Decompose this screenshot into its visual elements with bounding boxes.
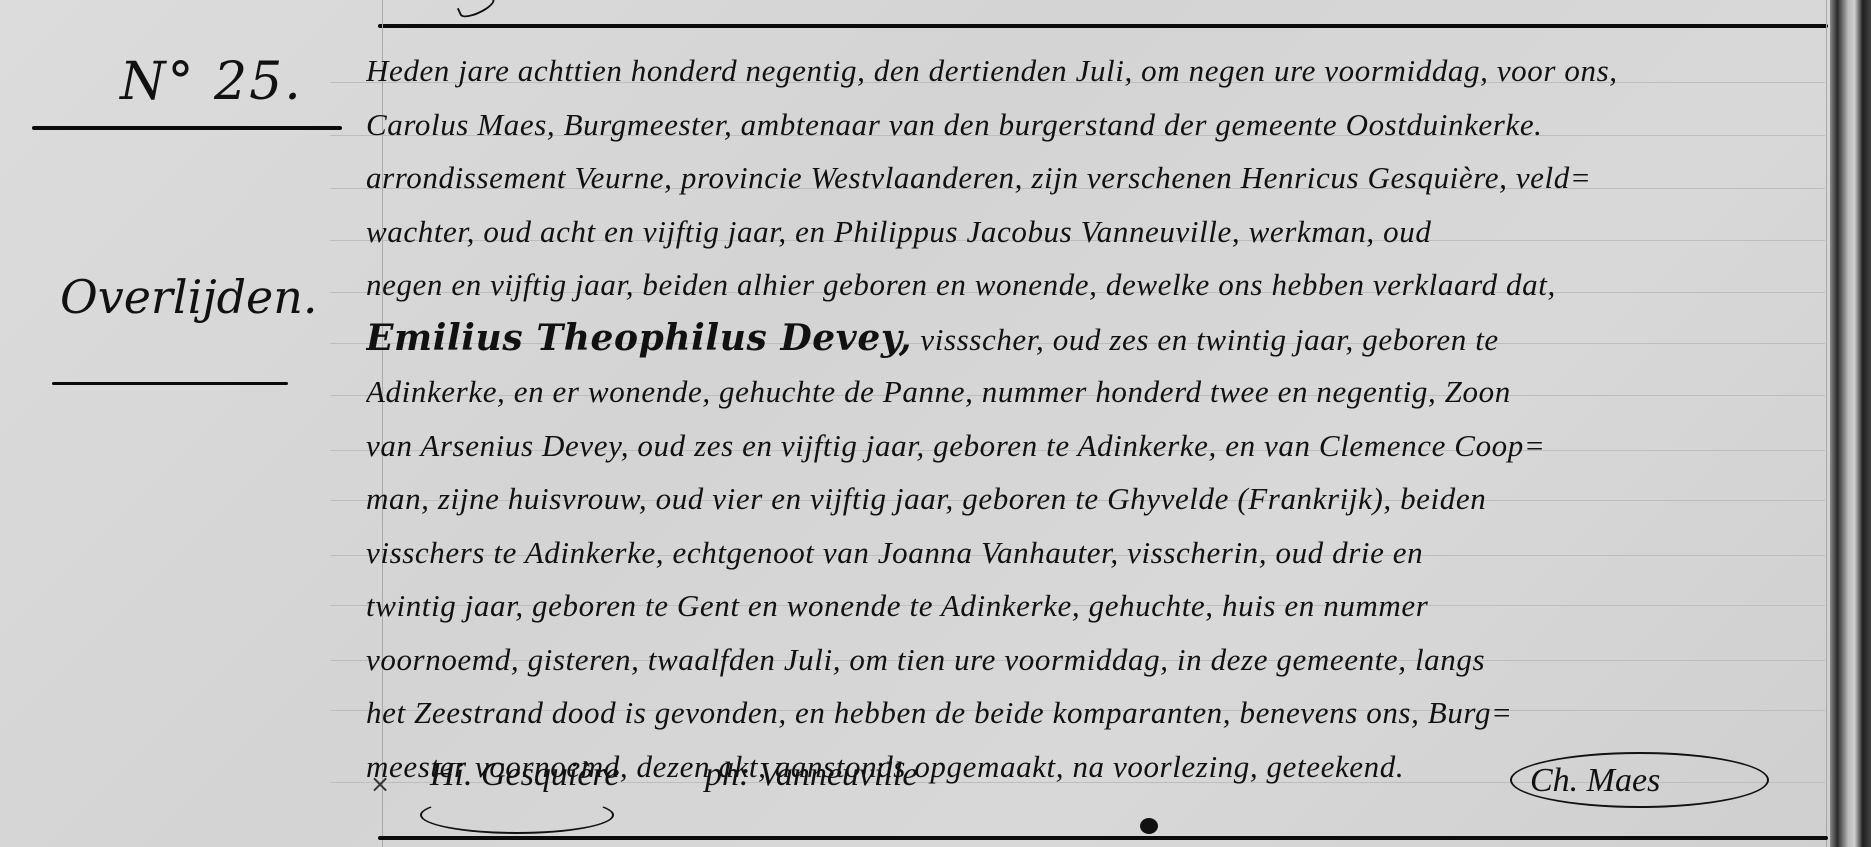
entry-number: N° 25.	[120, 52, 303, 112]
signature-witness-2: ph: Vanneuville	[705, 756, 917, 794]
ink-blot	[1140, 818, 1158, 834]
register-page: N° 25. Overlijden. Heden jare achttien h…	[0, 0, 1830, 847]
text-line: het Zeestrand dood is gevonden, en hebbe…	[366, 686, 1818, 740]
right-column-rule	[1826, 0, 1827, 847]
mark-cross: ×	[370, 770, 390, 798]
text-line: wachter, oud acht en vijftig jaar, en Ph…	[366, 205, 1818, 259]
book-binding-edge	[1830, 0, 1871, 847]
signature-official: Ch. Maes	[1530, 762, 1660, 800]
text-line: voornoemd, gisteren, twaalfden Juli, om …	[366, 633, 1818, 687]
text-line: Heden jare achttien honderd negentig, de…	[366, 44, 1818, 98]
previous-entry-flourish	[457, 0, 497, 21]
entry-type-underline	[52, 382, 288, 385]
entry-type-heading: Overlijden.	[60, 270, 318, 324]
entry-number-underline	[32, 126, 342, 130]
text-line: Adinkerke, en er wonende, gehuchte de Pa…	[366, 365, 1818, 419]
text-line: man, zijne huisvrouw, oud vier en vijfti…	[366, 472, 1818, 526]
text-line: twintig jaar, geboren te Gent en wonende…	[366, 579, 1818, 633]
text-line: van Arsenius Devey, oud zes en vijftig j…	[366, 419, 1818, 473]
entry-body: Heden jare achttien honderd negentig, de…	[366, 44, 1818, 793]
signature-flourish	[420, 796, 614, 834]
entry-top-rule	[378, 24, 1828, 28]
deceased-line: Emilius Theophilus Devey, vissscher, oud…	[366, 312, 1818, 366]
text-line: arrondissement Veurne, provincie Westvla…	[366, 151, 1818, 205]
deceased-details: vissscher, oud zes en twintig jaar, gebo…	[920, 322, 1498, 357]
text-line: visschers te Adinkerke, echtgenoot van J…	[366, 526, 1818, 580]
text-line: Carolus Maes, Burgmeester, ambtenaar van…	[366, 98, 1818, 152]
signature-block: × Hi. Gesquière ph: Vanneuville Ch. Maes	[360, 748, 1820, 828]
entry-bottom-rule	[378, 836, 1828, 840]
deceased-name: Emilius Theophilus Devey,	[366, 317, 912, 359]
signature-witness-1: Hi. Gesquière	[430, 756, 619, 794]
text-line: negen en vijftig jaar, beiden alhier geb…	[366, 258, 1818, 312]
